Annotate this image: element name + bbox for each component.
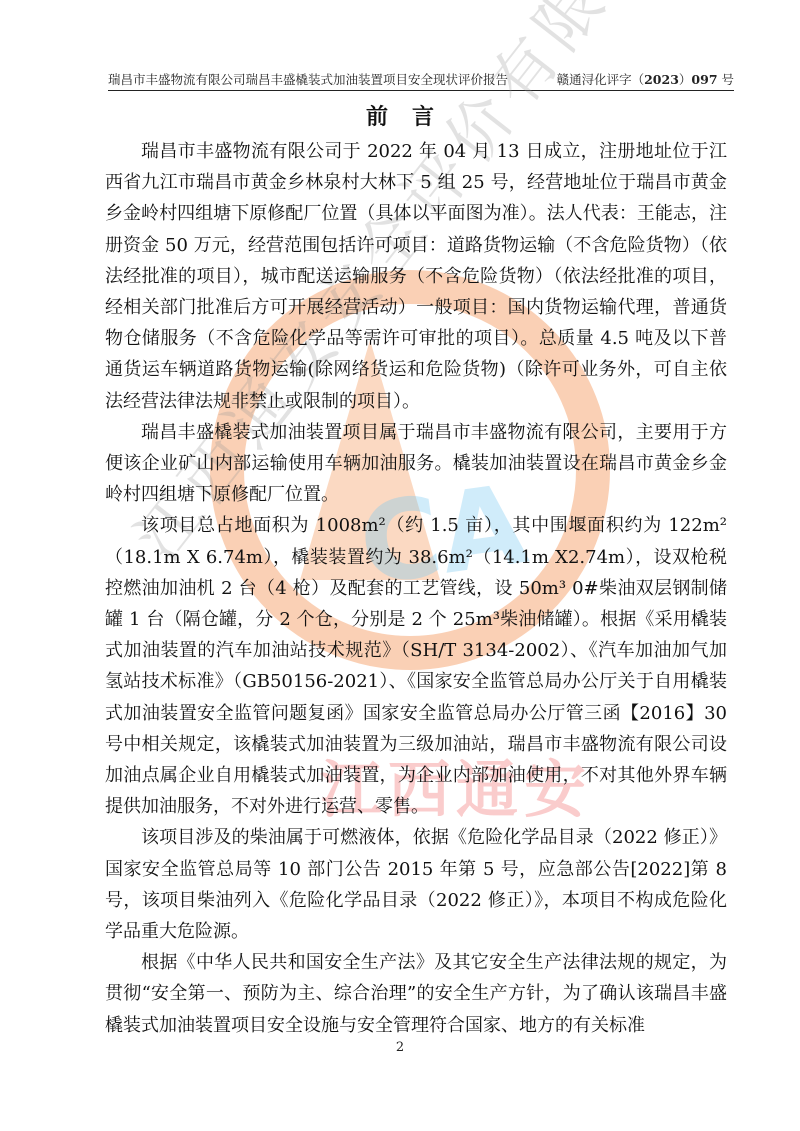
report-code-year: 2023 [644, 72, 679, 87]
report-code-end: 号 [718, 72, 734, 87]
paragraph: 瑞昌丰盛橇装式加油装置项目属于瑞昌市丰盛物流有限公司，主要用于方便该企业矿山内部… [105, 417, 727, 511]
document-body: 瑞昌市丰盛物流有限公司于 2022 年 04 月 13 日成立，注册地址位于江西… [105, 136, 727, 1041]
section-title: 前言 [0, 100, 800, 131]
paragraph: 该项目涉及的柴油属于可燃液体，依据《危险化学品目录（2022 修正）》国家安全监… [105, 822, 727, 947]
paragraph: 该项目总占地面积为 1008m²（约 1.5 亩），其中围堰面积约为 122m²… [105, 510, 727, 822]
document-page: CA 江西通安安全评价有限公司 江西通安 瑞昌市丰盛物流有限公司瑞昌丰盛橇装式加… [0, 0, 800, 1131]
report-code-prefix: 赣通浔化评字（ [557, 72, 645, 87]
report-code-suffix: ） [679, 72, 692, 87]
report-code: 赣通浔化评字（2023）097 号 [557, 70, 734, 88]
page-header: 瑞昌市丰盛物流有限公司瑞昌丰盛橇装式加油装置项目安全现状评价报告 赣通浔化评字（… [108, 68, 734, 91]
paragraph: 根据《中华人民共和国安全生产法》及其它安全生产法律法规的规定，为贯彻“安全第一、… [105, 947, 727, 1041]
page-number: 2 [0, 1040, 800, 1055]
report-title: 瑞昌市丰盛物流有限公司瑞昌丰盛橇装式加油装置项目安全现状评价报告 [108, 70, 508, 88]
report-code-number: 097 [691, 72, 717, 87]
paragraph: 瑞昌市丰盛物流有限公司于 2022 年 04 月 13 日成立，注册地址位于江西… [105, 136, 727, 417]
